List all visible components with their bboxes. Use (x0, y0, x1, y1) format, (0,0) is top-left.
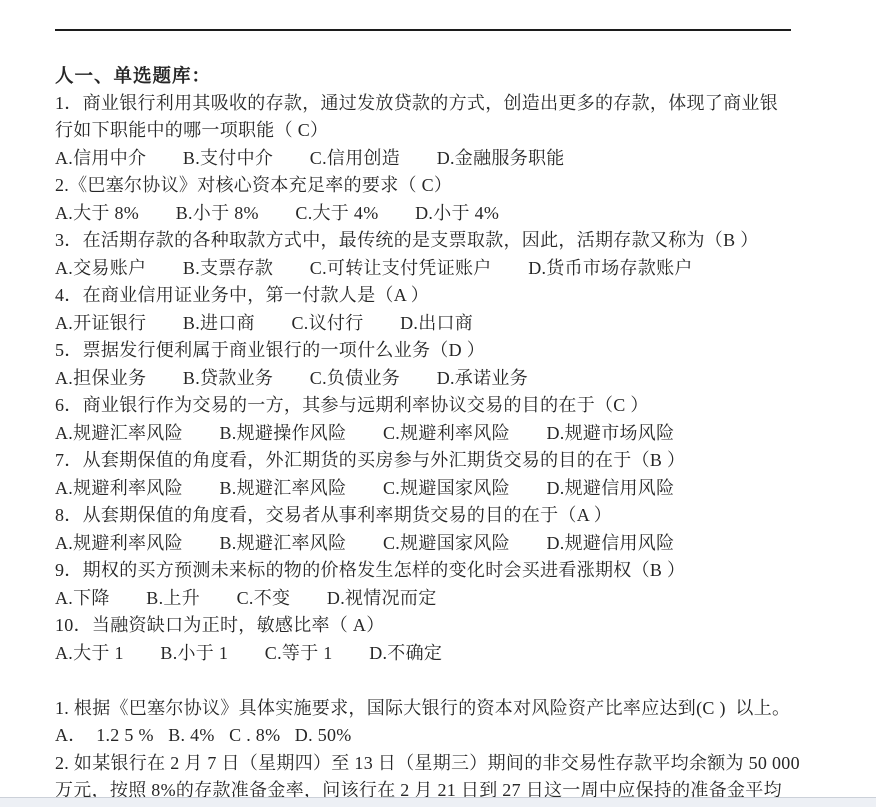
text-line: A.下降 B.上升 C.不变 D.视情况而定 (55, 585, 817, 613)
text-line: 1．商业银行利用其吸收的存款，通过发放贷款的方式，创造出更多的存款，体现了商业银 (55, 90, 817, 118)
page-header-rule (55, 29, 791, 31)
text-line: 2.《巴塞尔协议》对核心资本充足率的要求（ C） (55, 172, 817, 200)
blank-line (55, 667, 817, 695)
text-line: A.开证银行 B.进口商 C.议付行 D.出口商 (55, 310, 817, 338)
text-line: 7．从套期保值的角度看，外汇期货的买房参与外汇期货交易的目的在于（B ） (55, 447, 817, 475)
text-line: A.规避利率风险 B.规避汇率风险 C.规避国家风险 D.规避信用风险 (55, 530, 817, 558)
text-line: 6．商业银行作为交易的一方，其参与远期利率协议交易的目的在于（C ） (55, 392, 817, 420)
text-line: 行如下职能中的哪一项职能（ C） (55, 117, 817, 145)
text-line: 1. 根据《巴塞尔协议》具体实施要求，国际大银行的资本对风险资产比率应达到(C … (55, 695, 817, 723)
document-page: 人一、单选题库： 1．商业银行利用其吸收的存款，通过发放贷款的方式，创造出更多的… (0, 0, 876, 807)
text-line: 10．当融资缺口为正时，敏感比率（ A） (55, 612, 817, 640)
text-line: A.信用中介 B.支付中介 C.信用创造 D.金融服务职能 (55, 145, 817, 173)
section-heading: 人一、单选题库： (55, 62, 817, 90)
text-line: 9．期权的买方预测未来标的物的价格发生怎样的变化时会买进看涨期权（B ） (55, 557, 817, 585)
text-line: A.规避利率风险 B.规避汇率风险 C.规避国家风险 D.规避信用风险 (55, 475, 817, 503)
question-list-section-2: 1. 根据《巴塞尔协议》具体实施要求，国际大银行的资本对风险资产比率应达到(C … (55, 695, 817, 805)
text-line: A.大于 8% B.小于 8% C.大于 4% D.小于 4% (55, 200, 817, 228)
text-line: A.交易账户 B.支票存款 C.可转让支付凭证账户 D.货币市场存款账户 (55, 255, 817, 283)
page-content: 人一、单选题库： 1．商业银行利用其吸收的存款，通过发放贷款的方式，创造出更多的… (55, 62, 817, 805)
text-line: A.规避汇率风险 B.规避操作风险 C.规避利率风险 D.规避市场风险 (55, 420, 817, 448)
window-bottom-edge (0, 797, 876, 807)
text-line: 3．在活期存款的各种取款方式中，最传统的是支票取款，因此，活期存款又称为（B ） (55, 227, 817, 255)
text-line: A.大于 1 B.小于 1 C.等于 1 D.不确定 (55, 640, 817, 668)
text-line: 4．在商业信用证业务中，第一付款人是（A ） (55, 282, 817, 310)
text-line: A． 1.2 5 % B. 4% C . 8% D. 50% (55, 722, 817, 750)
text-line: 2. 如某银行在 2 月 7 日（星期四）至 13 日（星期三）期间的非交易性存… (55, 750, 817, 778)
text-line: A.担保业务 B.贷款业务 C.负债业务 D.承诺业务 (55, 365, 817, 393)
text-line: 5．票据发行便利属于商业银行的一项什么业务（D ） (55, 337, 817, 365)
question-list-section-1: 1．商业银行利用其吸收的存款，通过发放贷款的方式，创造出更多的存款，体现了商业银… (55, 90, 817, 668)
text-line: 8．从套期保值的角度看，交易者从事利率期货交易的目的在于（A ） (55, 502, 817, 530)
